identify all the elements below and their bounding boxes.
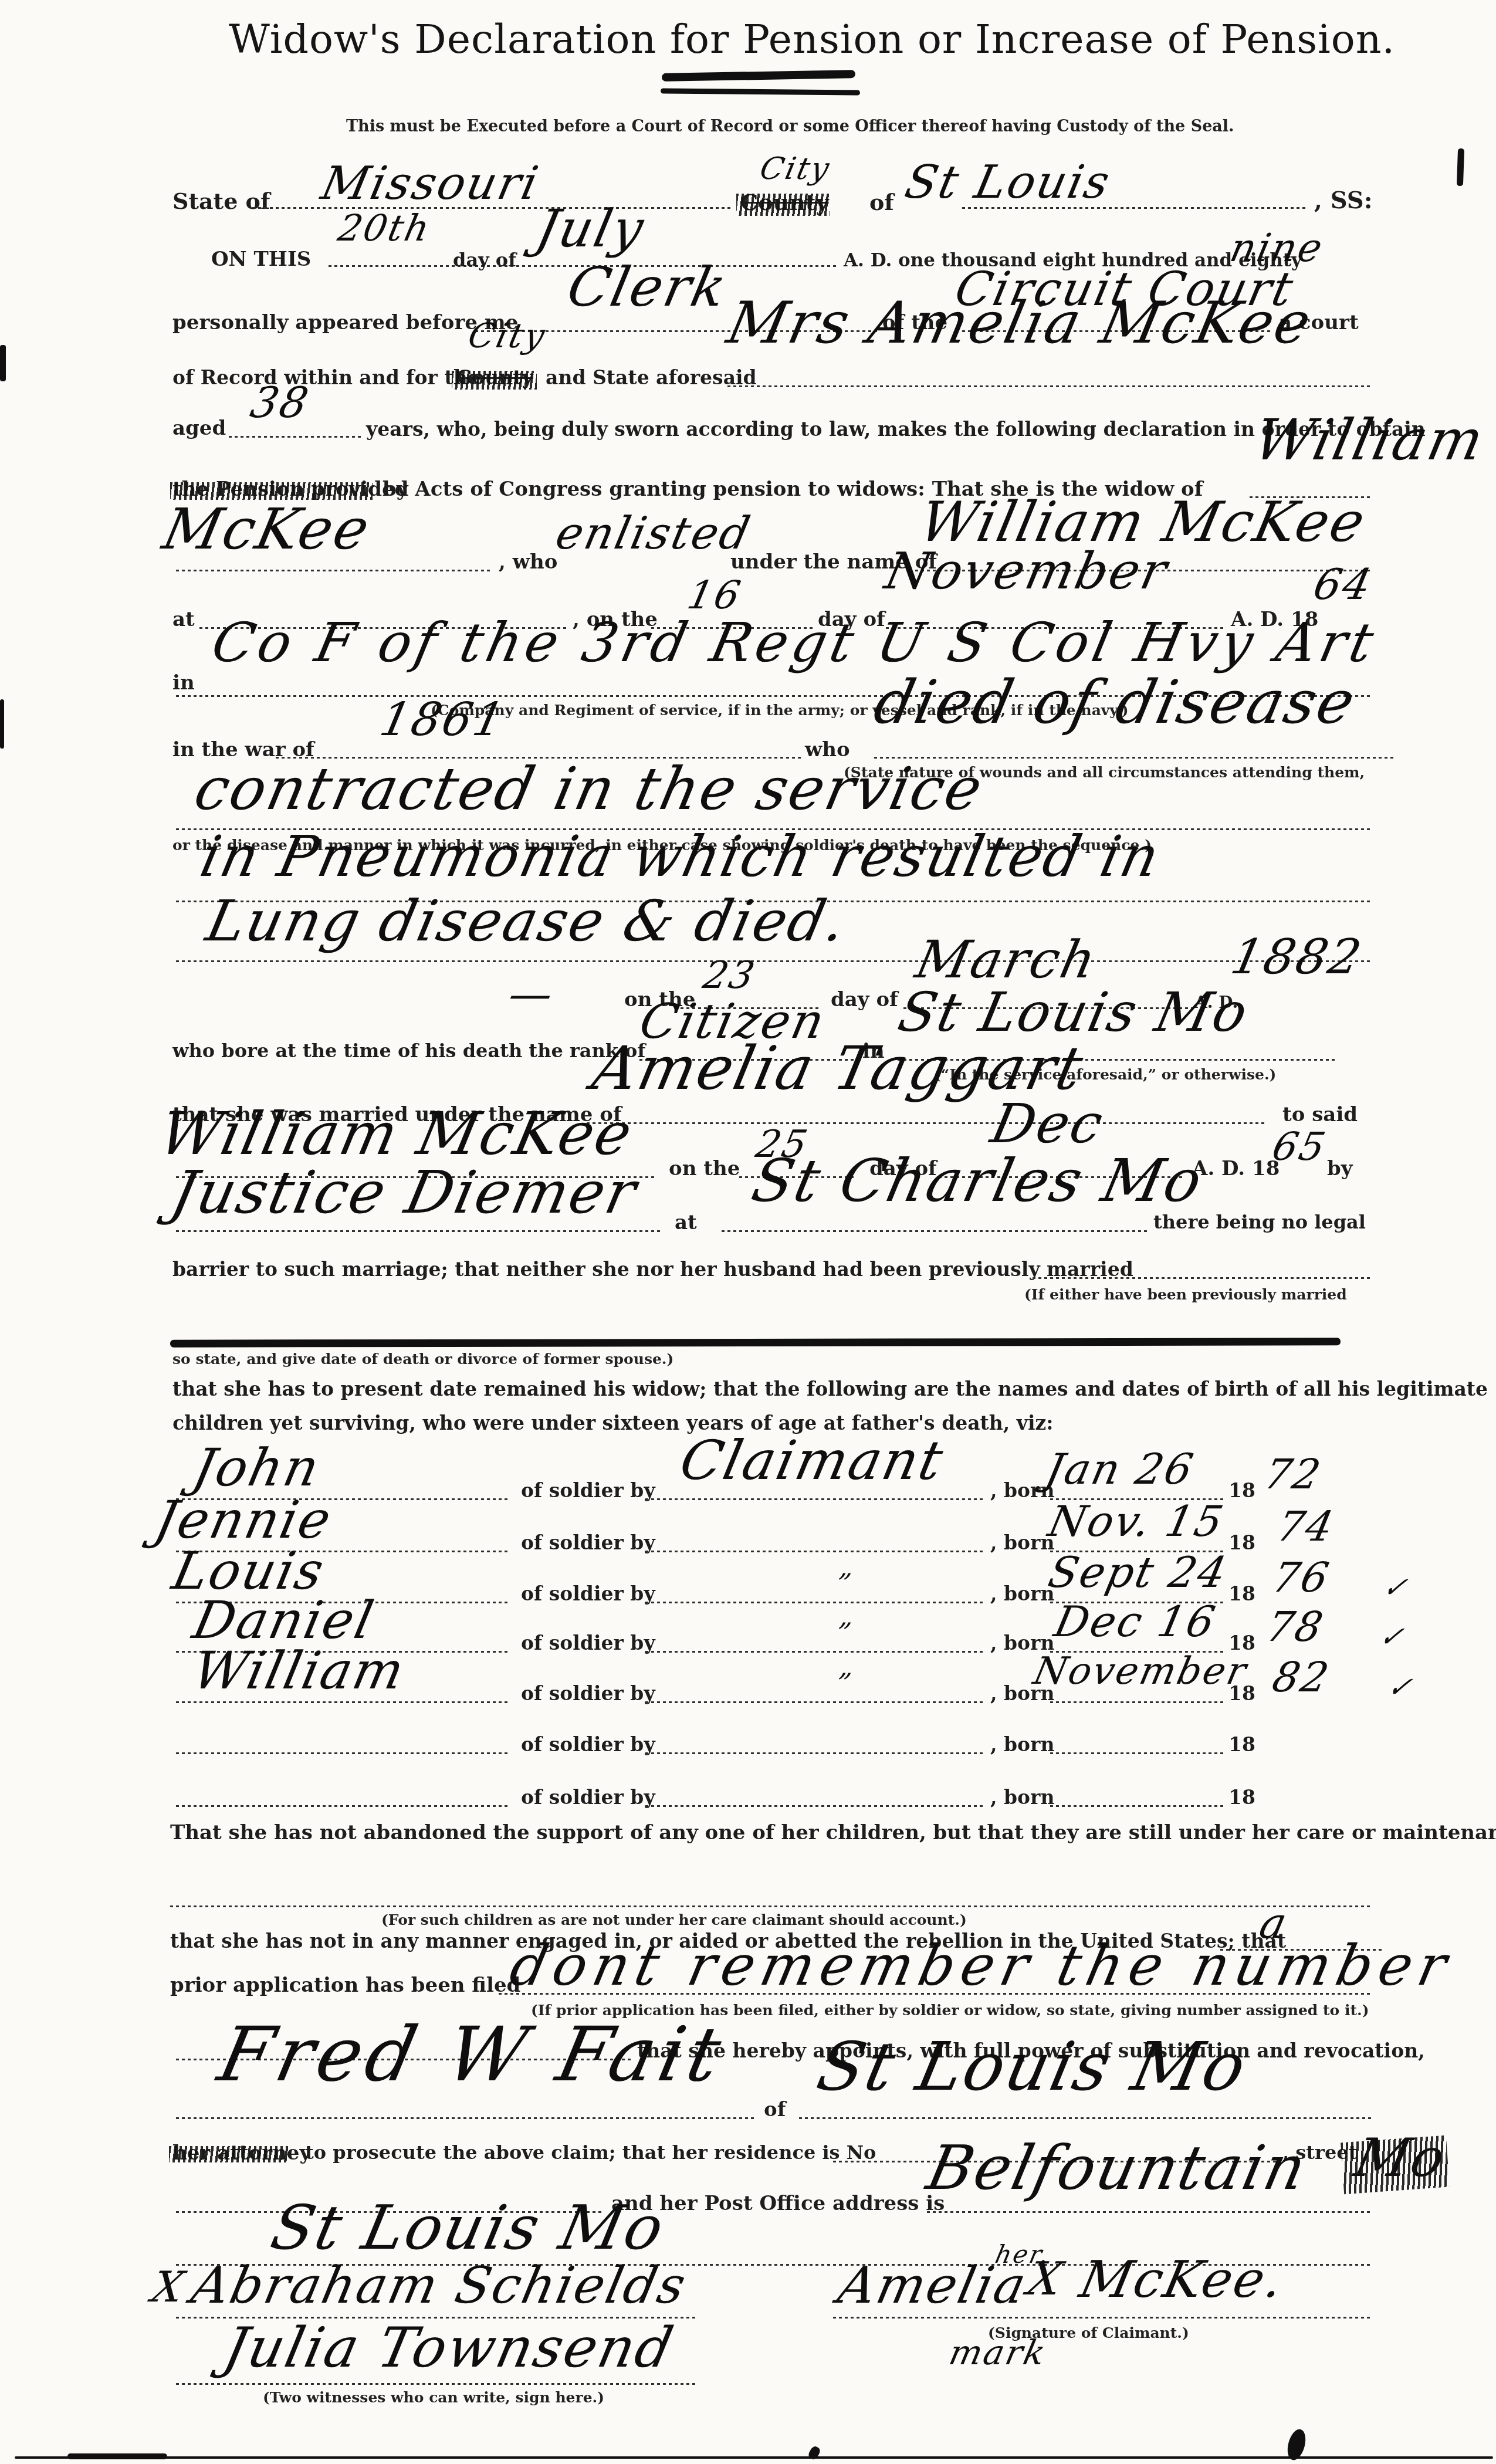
child7-born-label: , born [990, 1786, 1054, 1809]
attorney-place-handwritten: St Louis Mo [811, 2028, 1254, 2106]
child7-century-label: 18 [1228, 1786, 1255, 1809]
attorney-name-rule [176, 2117, 757, 2119]
scan-bottom-line [15, 2456, 1493, 2459]
witness-caption: (Two witnesses who can write, sign here.… [263, 2389, 604, 2406]
child6-born-label: , born [990, 1733, 1054, 1756]
war-handwritten: 1861 [375, 693, 510, 746]
claimant-signature-rule [833, 2317, 1373, 2319]
rank-label: who bore at the time of his death the ra… [172, 1040, 645, 1062]
child3-century-label: 18 [1228, 1582, 1255, 1605]
child5-date-handwritten: November [1030, 1650, 1251, 1693]
venue-of-label: of [869, 189, 894, 215]
lung-handwritten: Lung disease & died. [201, 888, 853, 954]
execution-note: This must be Executed before a Court of … [346, 117, 1234, 136]
abandoned-label: That she has not abandoned the support o… [170, 1821, 1496, 1844]
marriage-place-rule [722, 1230, 1150, 1232]
county-scribble [736, 194, 830, 216]
record-label: of Record within and for the [172, 366, 480, 389]
child4-year-handwritten: 78 [1263, 1603, 1329, 1651]
unit-handwritten: Co F of the 3rd Regt U S Col Hvy Art [207, 611, 1383, 674]
child3-check-mark: ✓ [1380, 1571, 1412, 1604]
child5-parent-rule [645, 1701, 986, 1703]
ornament-rule-top [662, 70, 855, 82]
child1-century-label: 18 [1228, 1479, 1255, 1502]
account-rule [170, 1905, 1373, 1907]
witness2-signature: Julia Townsend [218, 2316, 680, 2380]
ss-label: , SS: [1314, 187, 1373, 214]
child6-of-soldier-label: of soldier by [521, 1733, 655, 1756]
state-rule [252, 207, 733, 209]
children-intro1: that she has to present date remained hi… [172, 1377, 1488, 1400]
enlist-month-handwritten: November [880, 542, 1173, 601]
scan-left-edge-mark1 [0, 345, 6, 381]
by-label: by [1327, 1157, 1353, 1180]
county-rule [962, 207, 1308, 209]
prior-label: prior application has been filed [170, 1974, 520, 1997]
child1-of-soldier-label: of soldier by [521, 1479, 655, 1502]
officer-handwritten: Clerk [562, 256, 733, 319]
aged-label: aged [172, 417, 226, 440]
barrier-rule [1033, 1277, 1373, 1279]
child4-ditto-mark: ” [833, 1617, 855, 1649]
child7-name-rule [176, 1805, 510, 1807]
attorney-of-label: of [764, 2098, 786, 2121]
child4-of-soldier-label: of soldier by [521, 1632, 655, 1654]
child7-of-soldier-label: of soldier by [521, 1786, 655, 1809]
month-handwritten: July [531, 198, 651, 259]
death-day-handwritten: 23 [699, 954, 760, 997]
child2-of-soldier-label: of soldier by [521, 1531, 655, 1554]
enlisted-handwritten: enlisted [551, 507, 756, 559]
child1-date-handwritten: Jan 26 [1041, 1444, 1199, 1494]
marriage-place-handwritten: St Charles Mo [746, 1146, 1210, 1215]
scan-left-edge-mark2 [0, 699, 4, 749]
heavy-divider [170, 1338, 1341, 1347]
marriage-on-the-label: on the [669, 1157, 740, 1180]
day-of-label: day of [453, 249, 516, 271]
child5-check-mark: ✓ [1385, 1671, 1417, 1704]
prev-married-note: (If either have been previously married [1024, 1286, 1347, 1303]
child4-parent-rule [645, 1651, 986, 1653]
on-this-label: ON THIS [211, 248, 311, 271]
child4-check-mark: ✓ [1376, 1620, 1409, 1653]
child1-parent-handwritten: Claimant [675, 1429, 950, 1492]
child7-parent-rule [645, 1805, 986, 1807]
marriage-year-handwritten: 65 [1268, 1124, 1331, 1169]
child2-parent-rule [645, 1551, 986, 1552]
child4-date-handwritten: Dec 16 [1050, 1597, 1221, 1646]
scan-right-edge-mark [1457, 148, 1464, 186]
child5-name-handwritten: William [188, 1640, 411, 1701]
enlist-year-handwritten: 64 [1309, 560, 1377, 609]
to-said-label: to said [1282, 1103, 1358, 1126]
child5-name-rule [176, 1701, 510, 1703]
child6-parent-rule [645, 1752, 986, 1754]
death-dash-handwritten: — [505, 969, 559, 1018]
child2-century-label: 18 [1228, 1531, 1255, 1554]
cause-handwritten: died of disease [868, 668, 1362, 737]
child6-date-rule [1050, 1752, 1225, 1754]
at-label: at [172, 608, 195, 631]
child2-date-handwritten: Nov. 15 [1044, 1497, 1229, 1546]
account-note: (For such children as are not under her … [381, 1911, 967, 1928]
surname-rule [176, 570, 493, 571]
child5-year-handwritten: 82 [1268, 1653, 1335, 1701]
state-value-handwritten: Missouri [317, 157, 544, 210]
witness2-rule [176, 2383, 698, 2385]
child5-of-soldier-label: of soldier by [521, 1682, 655, 1705]
claimant-mark-label: mark [946, 2333, 1051, 2372]
marriage-month-handwritten: Dec [986, 1092, 1109, 1155]
maiden-rule [587, 1122, 1267, 1124]
prior-value-handwritten: dont remember the number [505, 1934, 1458, 1998]
child6-name-rule [176, 1752, 510, 1754]
state-aforesaid-label: and State aforesaid [546, 366, 757, 389]
ornament-rule-bottom [661, 89, 860, 96]
child3-year-handwritten: 76 [1268, 1553, 1335, 1602]
appeared-label: personally appeared before me [172, 311, 518, 334]
claimant-name-handwritten: Mrs Amelia McKee [722, 290, 1318, 357]
child6-century-label: 18 [1228, 1733, 1255, 1756]
child2-year-handwritten: 74 [1273, 1502, 1339, 1551]
age-handwritten: 38 [246, 378, 314, 427]
day-handwritten: 20th [334, 207, 435, 249]
city-correction2-handwritten: City [465, 316, 550, 356]
death-year-handwritten: 1882 [1226, 929, 1368, 985]
surname-handwritten: McKee [157, 496, 377, 562]
prev-married-note2: so state, and give date of death or divo… [172, 1351, 673, 1368]
no-legal-label: there being no legal [1153, 1211, 1366, 1233]
officiant-handwritten: Justice Diemer [165, 1158, 644, 1227]
po-value-handwritten: Belfountain [921, 2132, 1314, 2204]
attorney-name-handwritten: Fred W Fait [211, 2011, 733, 2099]
witness1-signature: Abraham Schields [187, 2256, 692, 2315]
child1-parent-rule [645, 1498, 986, 1500]
child3-of-soldier-label: of soldier by [521, 1582, 655, 1605]
residence-handwritten: St Louis Mo [265, 2192, 671, 2263]
barrier-label: barrier to such marriage; that neither s… [172, 1258, 1133, 1281]
child5-date-rule [1050, 1701, 1225, 1703]
contracted-handwritten: contracted in the service [189, 754, 990, 823]
child5-ditto-mark: ” [833, 1667, 855, 1699]
pension-declaration-document: Widow's Declaration for Pension or Incre… [0, 0, 1496, 2464]
county-scribble2 [452, 371, 537, 390]
scan-bottom-blotch [67, 2453, 167, 2459]
county-seat-handwritten: St Louis [901, 156, 1116, 209]
claimant-last-signature: McKee. [1075, 2250, 1290, 2309]
form-title: Widow's Declaration for Pension or Incre… [229, 16, 1395, 63]
lung-rule [176, 960, 1373, 962]
attorney-place-rule [799, 2117, 1374, 2119]
widow-of-handwritten: William [1248, 407, 1491, 473]
officiant-rule [176, 1230, 663, 1232]
child3-ditto-mark: ” [833, 1568, 855, 1599]
prosecute-label: to prosecute the above claim; that her r… [305, 2141, 876, 2164]
po-rule-right [927, 2211, 1373, 2213]
witness1-x-mark: X [148, 2262, 190, 2311]
who-label: , who [499, 550, 557, 574]
attorney-label-scribble [169, 2146, 289, 2162]
state-label: State of [172, 188, 270, 214]
claimant-rule [727, 385, 1373, 387]
po-struck-scribble [1341, 2135, 1450, 2194]
child1-year-handwritten: 72 [1260, 1450, 1326, 1498]
child7-date-rule [1050, 1805, 1225, 1807]
child3-parent-rule [645, 1602, 986, 1603]
marriage-at-label: at [675, 1211, 697, 1234]
in-label: in [172, 671, 195, 695]
age-rule [229, 436, 364, 438]
death-day-of-label: day of [831, 988, 898, 1011]
child3-date-handwritten: Sept 24 [1044, 1548, 1232, 1597]
city-correction-handwritten: City [757, 151, 834, 187]
child1-name-handwritten: John [188, 1437, 326, 1498]
pneumonia-handwritten: in Pneumonia which resulted in [195, 824, 1166, 889]
